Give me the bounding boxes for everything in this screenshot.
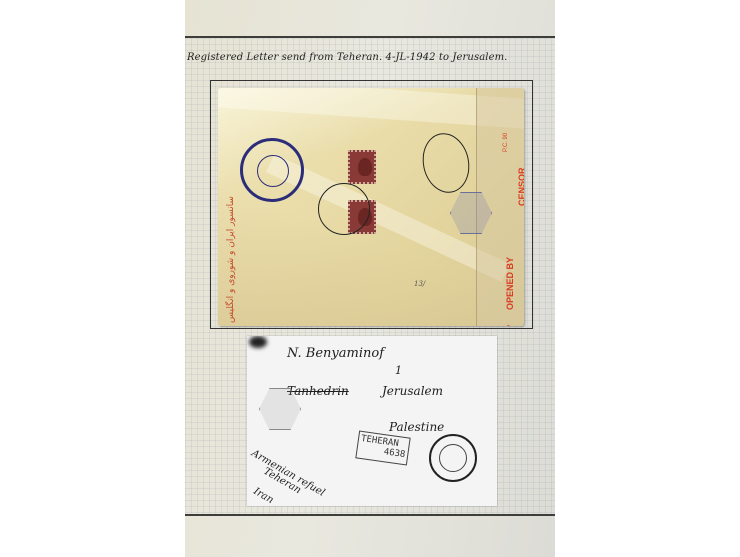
sender-line-3: Iran xyxy=(252,486,276,506)
registered-postmark xyxy=(417,129,474,197)
registration-label: TEHERAN 4638 xyxy=(355,431,410,466)
postage-stamp xyxy=(348,150,376,184)
tehran-postmark xyxy=(318,183,370,235)
crossed-out-address: Tanhedrin xyxy=(287,384,349,398)
address-country: Palestine xyxy=(389,420,444,434)
top-rule xyxy=(185,36,555,38)
bottom-rule xyxy=(185,514,555,516)
address-city: Jerusalem xyxy=(382,384,443,398)
blue-censor-seal xyxy=(240,138,304,202)
address-name: N. Benyaminof xyxy=(287,346,384,361)
address-number: 1 xyxy=(395,364,402,377)
censor-text-op: OP xyxy=(505,325,515,326)
censor-code: P.C. 90 xyxy=(503,133,509,152)
envelope-front-photo: N. Benyaminof 1 Tanhedrin Jerusalem Pale… xyxy=(247,336,497,506)
ink-smudge xyxy=(249,336,267,348)
album-page: Registered Letter send from Teheran. 4-J… xyxy=(185,0,555,557)
page-caption: Registered Letter send from Teheran. 4-J… xyxy=(187,52,507,63)
envelope-back: OPENED BY CENSOR OP P.C. 90 سانسور ایران… xyxy=(218,88,524,326)
arabic-censor-text: سانسور ایران و شوروی و انگلیس xyxy=(226,196,236,323)
censor-text-opened-by: OPENED BY xyxy=(505,257,515,310)
round-censor-stamp xyxy=(429,434,477,482)
pencil-note: 13/ xyxy=(414,280,425,288)
censor-text-censor: CENSOR xyxy=(517,167,524,206)
